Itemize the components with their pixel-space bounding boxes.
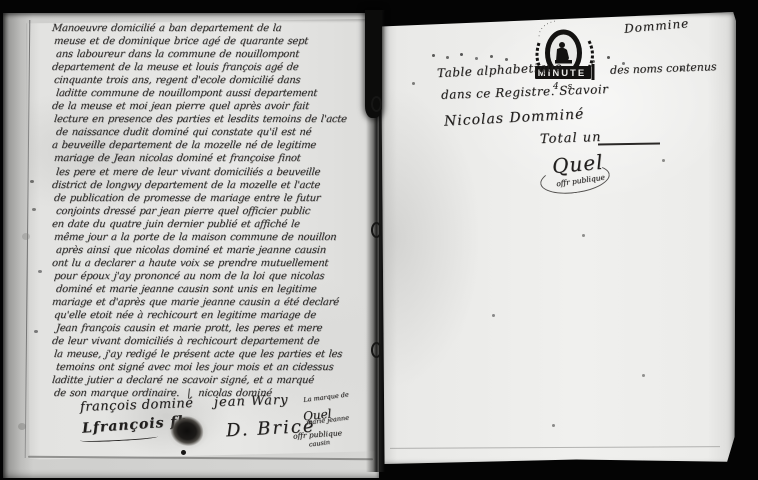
- marginal-note-line: La marque de: [303, 391, 349, 404]
- manuscript-line: de la meuse et moi jean pierre quel aprè…: [51, 100, 374, 113]
- manuscript-line: district de longwy departement de la moz…: [51, 179, 374, 192]
- manuscript-line: departement de la meuse et louis françoi…: [51, 61, 374, 74]
- manuscript-line: lecture en presence des parties et lesdi…: [53, 113, 374, 126]
- manuscript-line: a beuveille departement de la mozelle né…: [51, 139, 374, 152]
- manuscript-line: de leur vivant domiciliés à rechicourt d…: [51, 335, 374, 348]
- manuscript-line: temoins ont signé avec moi les jour mois…: [55, 361, 374, 374]
- scanned-document-canvas: Manoeuvre domicilié a ban departement de…: [0, 0, 758, 480]
- manuscript-line: cinquante trois ans, regent d'ecole domi…: [53, 74, 374, 87]
- foxing-speckles: [432, 54, 435, 57]
- manuscript-line: laditte commune de nouillompont aussi de…: [55, 87, 374, 100]
- manuscript-line: dominé et marie jeanne causin sont unis …: [55, 283, 374, 296]
- manuscript-line: conjoints dressé par jean pierre quel of…: [55, 205, 374, 218]
- manuscript-line: en date du quatre juin dernier publié et…: [51, 218, 374, 231]
- manuscript-line: meuse et de dominique brice agé de quara…: [53, 35, 374, 48]
- total-label: Total un: [540, 130, 602, 147]
- manuscript-line: ont lu a declarer a haute voix se prendr…: [51, 257, 374, 270]
- manuscript-line: de naissance dudit dominé qui constate q…: [55, 126, 374, 139]
- manuscript-line: la meuse, j'ay redigé le présent acte qu…: [53, 348, 374, 361]
- manuscript-line: Manoeuvre domicilié a ban departement de…: [51, 22, 374, 35]
- manuscript-line: de publication de promesse de mariage en…: [53, 192, 374, 205]
- manuscript-text-block: Manoeuvre domicilié a ban departement de…: [52, 22, 374, 400]
- manuscript-line: après ainsi que nicolas dominé et marie …: [55, 244, 374, 257]
- manuscript-line: ans laboureur dans la commune de nouillo…: [55, 48, 374, 61]
- manuscript-line: même jour a la porte de la maison commun…: [53, 231, 374, 244]
- manuscript-line: mariage de Jean nicolas dominé et franço…: [53, 152, 374, 165]
- manuscript-line: qu'elle etoit née à rechicourt en legiti…: [53, 309, 374, 322]
- manuscript-line: mariage et d'après que marie jeanne caus…: [51, 296, 374, 309]
- foxing-speckles: [30, 180, 34, 183]
- ink-dot: [181, 450, 186, 455]
- manuscript-line: Jean françois causin et marie prott, les…: [55, 322, 374, 335]
- manuscript-line: pour époux j'ay prononcé au nom de la lo…: [53, 270, 374, 283]
- manuscript-line: les pere et mere de leur vivant domicili…: [55, 166, 374, 179]
- signature-jean-wary: jean Wary: [214, 393, 289, 411]
